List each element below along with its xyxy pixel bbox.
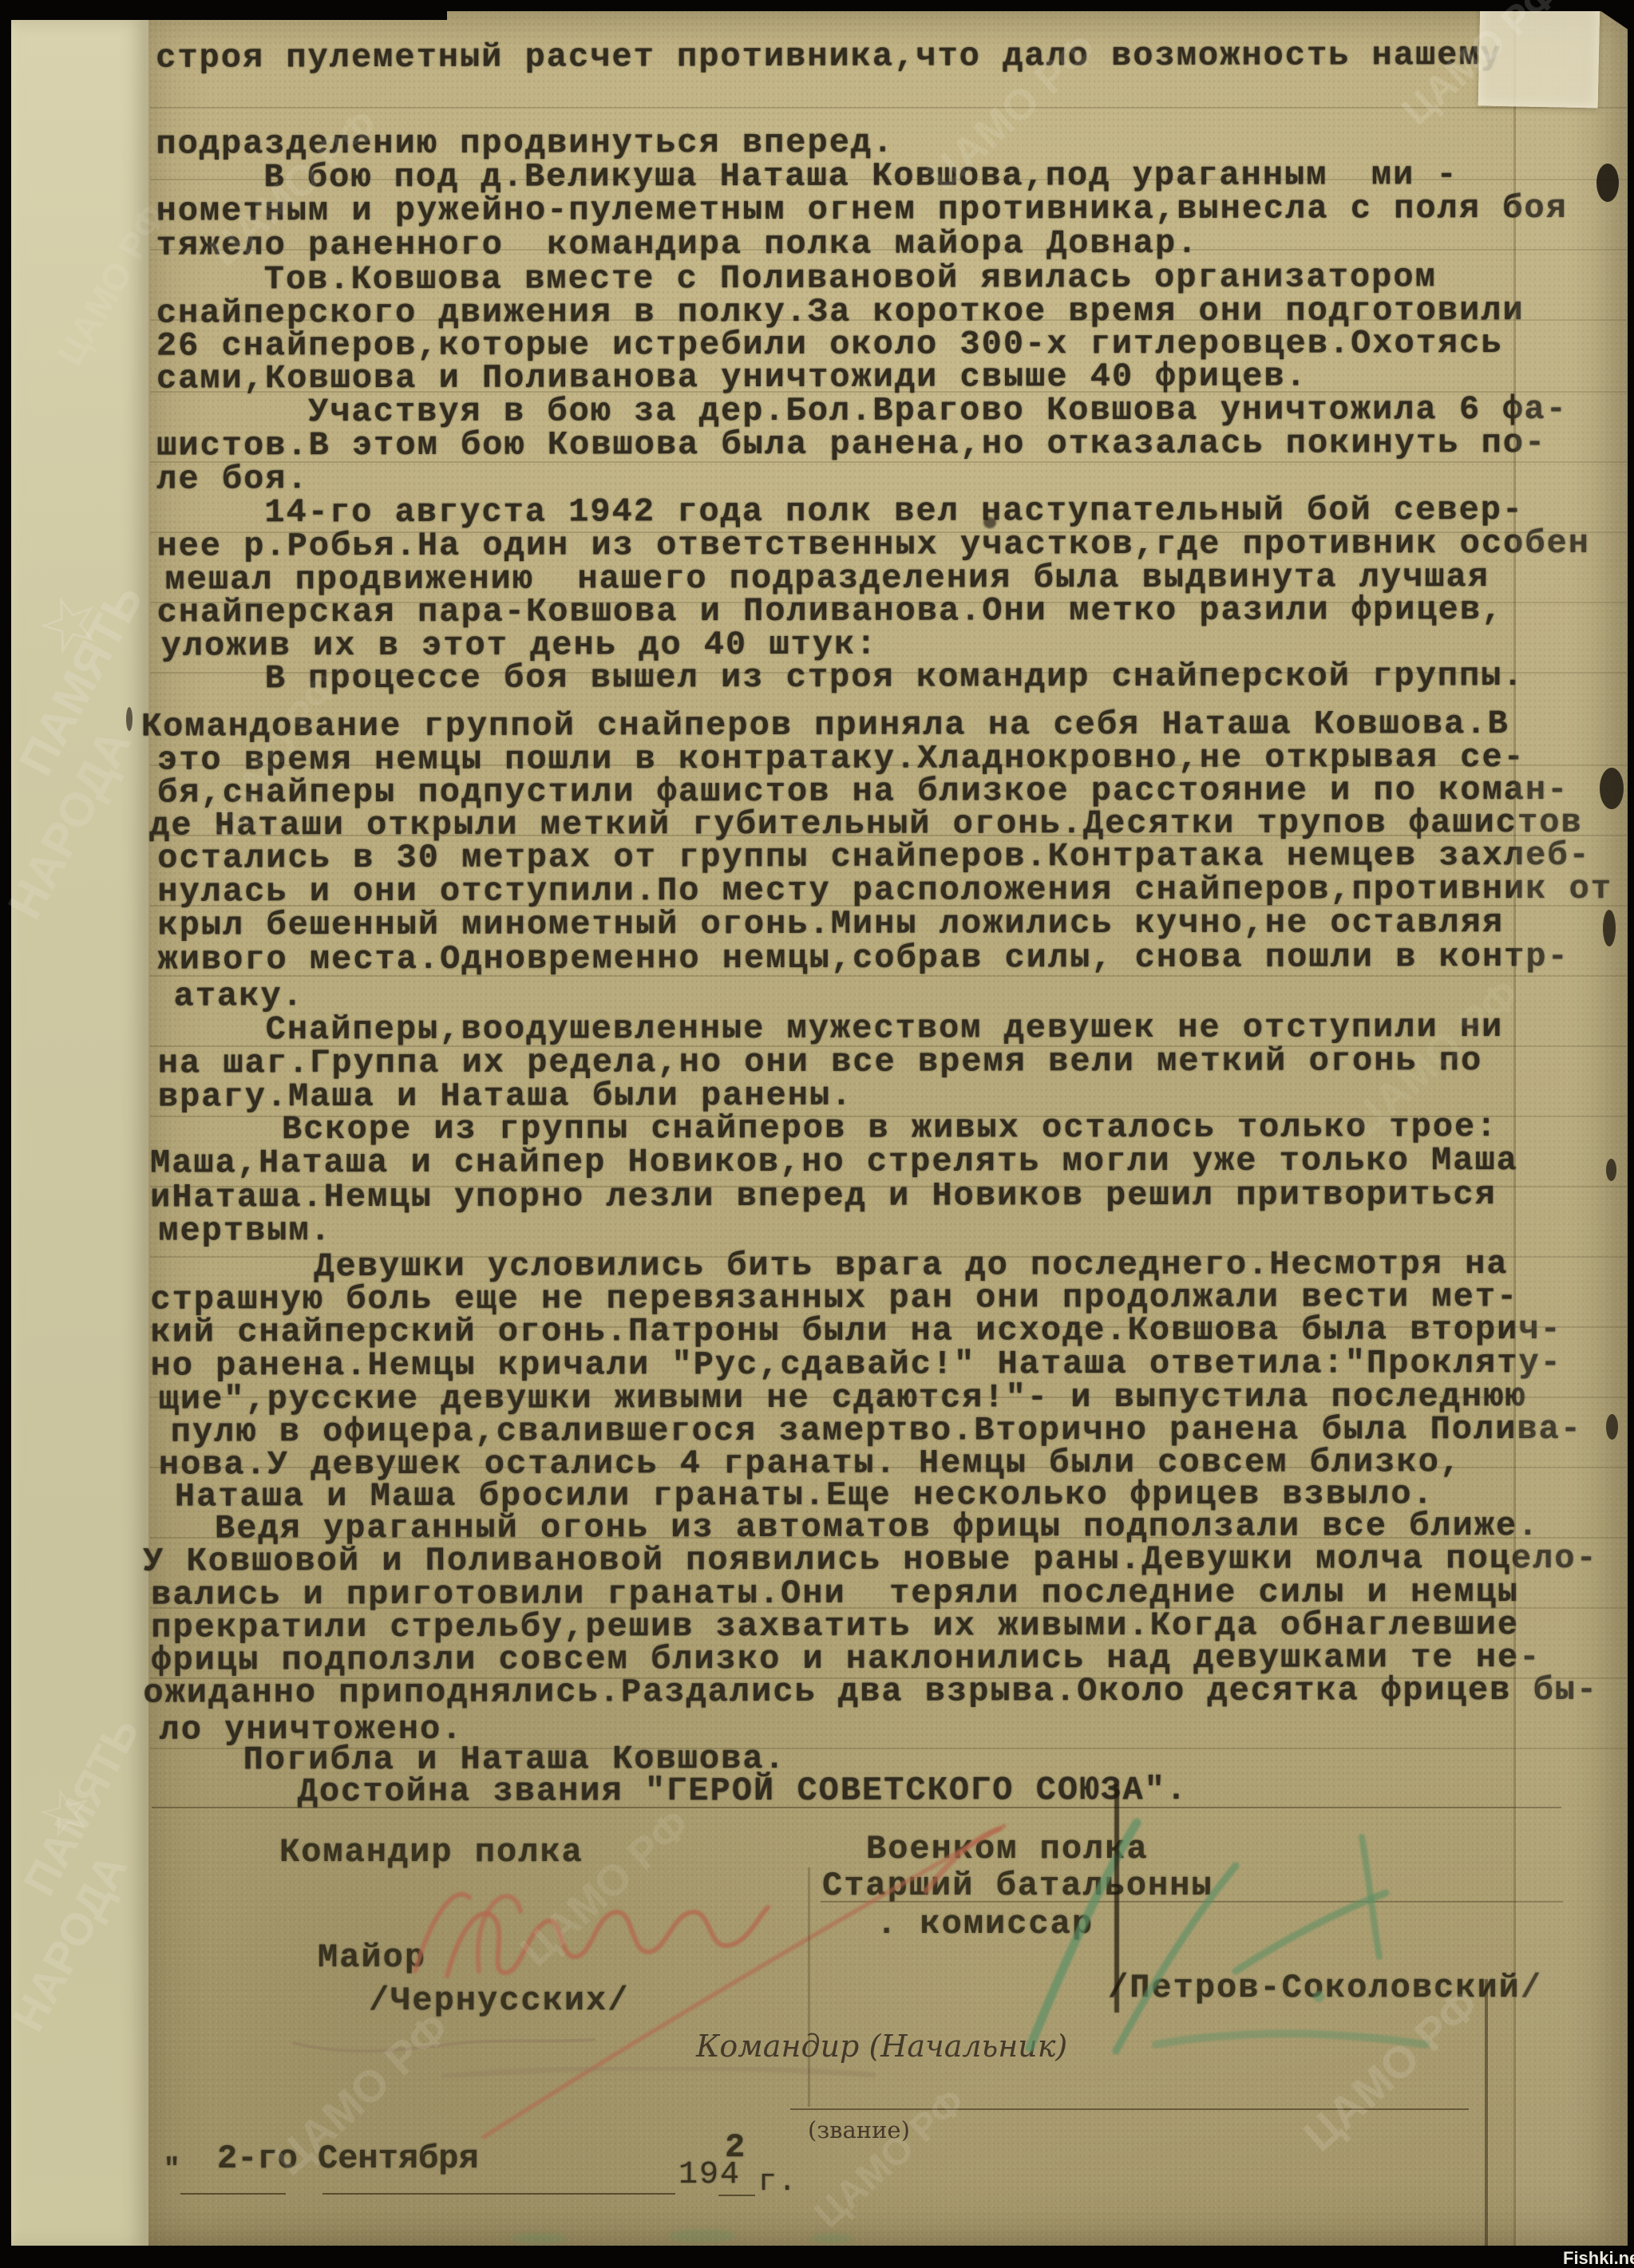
scan-border-bottom [0, 2246, 1634, 2268]
tape-patch [1478, 0, 1600, 108]
green-pencil-signature [1030, 1823, 1426, 2051]
green-smudge [669, 2230, 736, 2242]
pencil-underline-wave [294, 2040, 873, 2076]
scan-border-right [1628, 0, 1634, 2268]
dark-crease-signature-area [1114, 1784, 1119, 2013]
ink-blot [1600, 768, 1624, 809]
faint-crease-center [808, 1867, 810, 2107]
vertical-crease-bottom-right [1485, 1979, 1488, 2260]
scan-border-top-left [0, 0, 447, 20]
site-credit-watermark: Fishki.net [1563, 2248, 1634, 2268]
ink-blot [1606, 1159, 1616, 1181]
document-page: строя пулеметный расчет противника,что д… [0, 0, 1634, 2268]
handwritten-marks [0, 0, 1634, 2268]
ink-blot [983, 517, 996, 528]
scan-border-left [0, 0, 11, 2268]
ink-blot [1606, 1414, 1618, 1440]
ink-blot [1603, 910, 1616, 946]
green-smudge [811, 2234, 853, 2243]
page-edge-light-band [1516, 0, 1628, 2268]
ink-blot [1596, 164, 1619, 202]
red-pencil-signature [415, 1826, 1004, 2137]
margin-mark [126, 707, 133, 731]
green-smudge [511, 2233, 567, 2244]
